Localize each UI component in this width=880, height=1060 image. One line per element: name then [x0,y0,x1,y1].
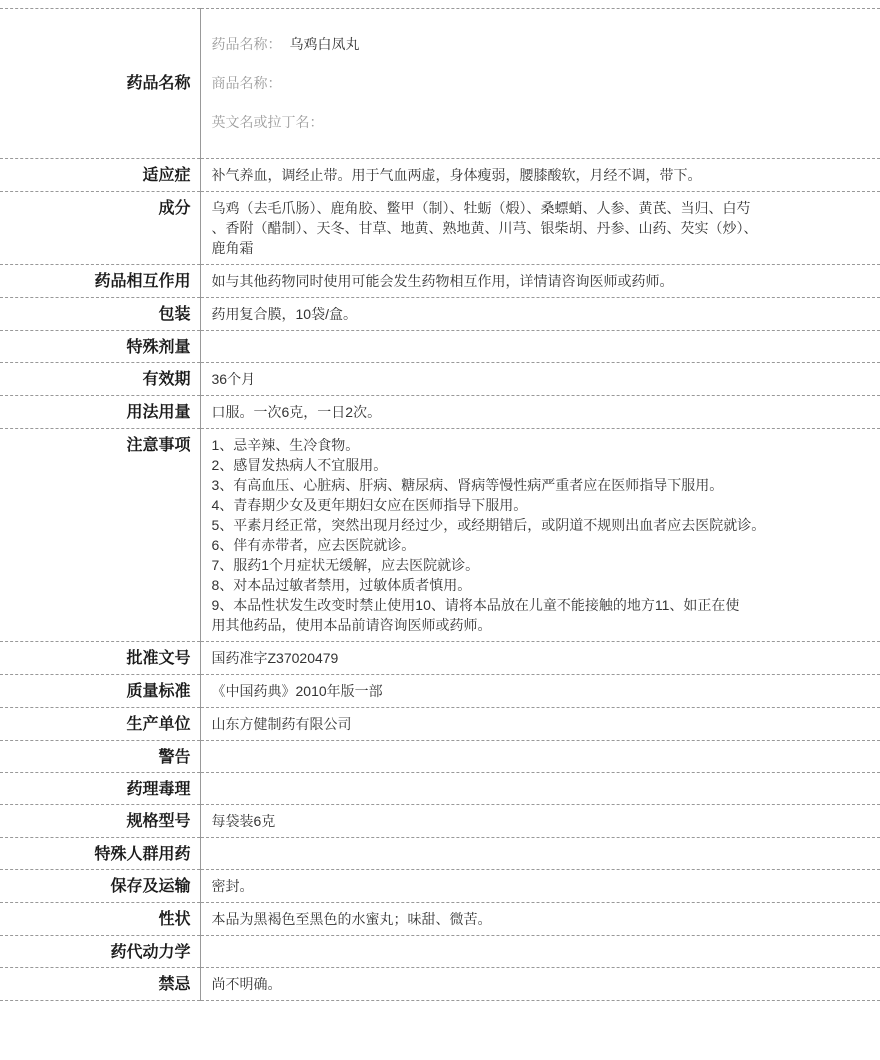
row-label: 注意事项 [0,429,200,642]
table-row-specification: 规格型号 每袋装6克 [0,805,880,838]
row-value: 国药准字Z37020479 [200,642,880,675]
trade-name-field-label: 商品名称： [212,74,869,93]
row-value [200,936,880,968]
row-label: 质量标准 [0,675,200,708]
table-row-indications: 适应症 补气养血，调经止带。用于气血两虚，身体瘦弱，腰膝酸软，月经不调，带下。 [0,159,880,192]
table-row-shelf-life: 有效期 36个月 [0,363,880,396]
row-label: 适应症 [0,159,200,192]
row-value: 密封。 [200,870,880,903]
table-row-warning: 警告 [0,741,880,773]
row-value: 每袋装6克 [200,805,880,838]
row-label: 保存及运输 [0,870,200,903]
table-row-pharmacology-toxicology: 药理毒理 [0,773,880,805]
row-label: 批准文号 [0,642,200,675]
row-label: 禁忌 [0,968,200,1001]
table-row-manufacturer: 生产单位 山东方健制药有限公司 [0,708,880,741]
row-value: 口服。一次6克，一日2次。 [200,396,880,429]
row-value: 尚不明确。 [200,968,880,1001]
row-value: 山东方健制药有限公司 [200,708,880,741]
row-value [200,838,880,870]
row-value [200,331,880,363]
row-value: 补气养血，调经止带。用于气血两虚，身体瘦弱，腰膝酸软，月经不调，带下。 [200,159,880,192]
table-row-storage-transport: 保存及运输 密封。 [0,870,880,903]
row-value: 药用复合膜，10袋/盒。 [200,298,880,331]
row-value: 乌鸡（去毛爪肠）、鹿角胶、鳖甲（制）、牡蛎（煅）、桑螵蛸、人参、黄芪、当归、白芍… [200,192,880,265]
row-value: 如与其他药物同时使用可能会发生药物相互作用，详情请咨询医师或药师。 [200,265,880,298]
row-value [200,741,880,773]
table-row-special-dosage: 特殊剂量 [0,331,880,363]
drug-info-table: 药品名称 药品名称：乌鸡白凤丸 商品名称： 英文名或拉丁名： 适应症 补气养血，… [0,8,880,1001]
table-row-pharmacokinetics: 药代动力学 [0,936,880,968]
table-row-dosage: 用法用量 口服。一次6克，一日2次。 [0,396,880,429]
row-label: 生产单位 [0,708,200,741]
row-label: 药理毒理 [0,773,200,805]
table-row-special-populations: 特殊人群用药 [0,838,880,870]
row-value: 《中国药典》2010年版一部 [200,675,880,708]
row-label: 药代动力学 [0,936,200,968]
drug-name-field-label: 药品名称： [212,36,282,52]
row-value: 1、忌辛辣、生冷食物。 2、感冒发热病人不宜服用。 3、有高血压、心脏病、肝病、… [200,429,880,642]
row-value: 药品名称：乌鸡白凤丸 商品名称： 英文名或拉丁名： [200,9,880,159]
row-label: 性状 [0,903,200,936]
table-row-precautions: 注意事项 1、忌辛辣、生冷食物。 2、感冒发热病人不宜服用。 3、有高血压、心脏… [0,429,880,642]
table-row-characteristics: 性状 本品为黑褐色至黑色的水蜜丸；味甜、微苦。 [0,903,880,936]
table-row-packaging: 包装 药用复合膜，10袋/盒。 [0,298,880,331]
table-row-drug-name: 药品名称 药品名称：乌鸡白凤丸 商品名称： 英文名或拉丁名： [0,9,880,159]
row-label: 规格型号 [0,805,200,838]
table-row-quality-standard: 质量标准 《中国药典》2010年版一部 [0,675,880,708]
table-row-approval-number: 批准文号 国药准字Z37020479 [0,642,880,675]
row-value: 本品为黑褐色至黑色的水蜜丸；味甜、微苦。 [200,903,880,936]
table-row-interactions: 药品相互作用 如与其他药物同时使用可能会发生药物相互作用，详情请咨询医师或药师。 [0,265,880,298]
row-label: 成分 [0,192,200,265]
drug-name-value: 乌鸡白凤丸 [290,36,360,52]
row-label: 用法用量 [0,396,200,429]
row-label: 有效期 [0,363,200,396]
row-label: 警告 [0,741,200,773]
row-label: 药品相互作用 [0,265,200,298]
row-value: 36个月 [200,363,880,396]
row-label: 特殊剂量 [0,331,200,363]
table-row-contraindications: 禁忌 尚不明确。 [0,968,880,1001]
row-label: 包装 [0,298,200,331]
drug-name-line: 药品名称：乌鸡白凤丸 [212,35,869,54]
latin-name-field-label: 英文名或拉丁名： [212,113,869,132]
row-label: 特殊人群用药 [0,838,200,870]
table-row-ingredients: 成分 乌鸡（去毛爪肠）、鹿角胶、鳖甲（制）、牡蛎（煅）、桑螵蛸、人参、黄芪、当归… [0,192,880,265]
row-label: 药品名称 [0,9,200,159]
row-value [200,773,880,805]
